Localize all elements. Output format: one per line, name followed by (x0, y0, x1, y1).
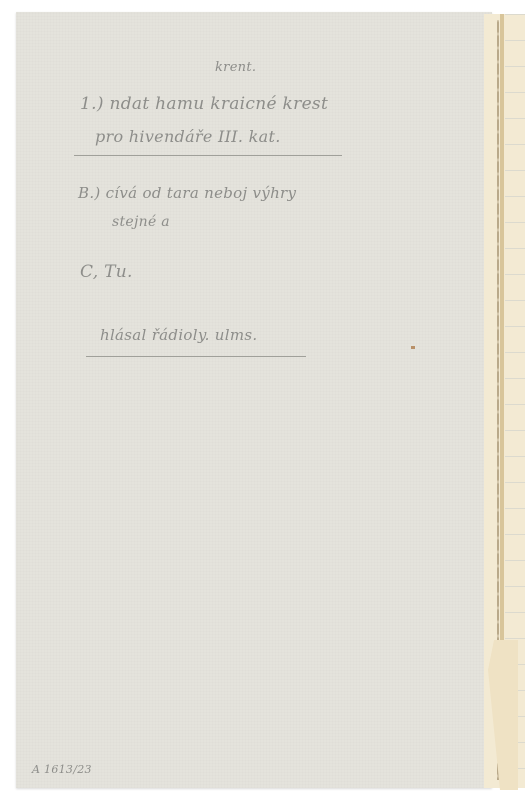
underline-1 (74, 155, 342, 156)
archive-number: A 1613/23 (32, 763, 92, 776)
item-c-line-1: C, Tu. (80, 262, 133, 282)
ink-spot (411, 346, 415, 349)
item-b-line-1: B.) cívá od tara neboj výhry (78, 184, 296, 202)
header-word: krent. (215, 60, 256, 75)
item-b-line-2: stejné a (112, 214, 170, 230)
item-1-line-1: 1.) ndat hamu kraicné krest (80, 94, 328, 114)
item-d-line-1: hlásal řádioly. ulms. (100, 326, 257, 344)
underline-2 (86, 356, 306, 357)
fold-line (500, 14, 504, 704)
item-1-line-2: pro hivendáře III. kat. (95, 127, 281, 146)
